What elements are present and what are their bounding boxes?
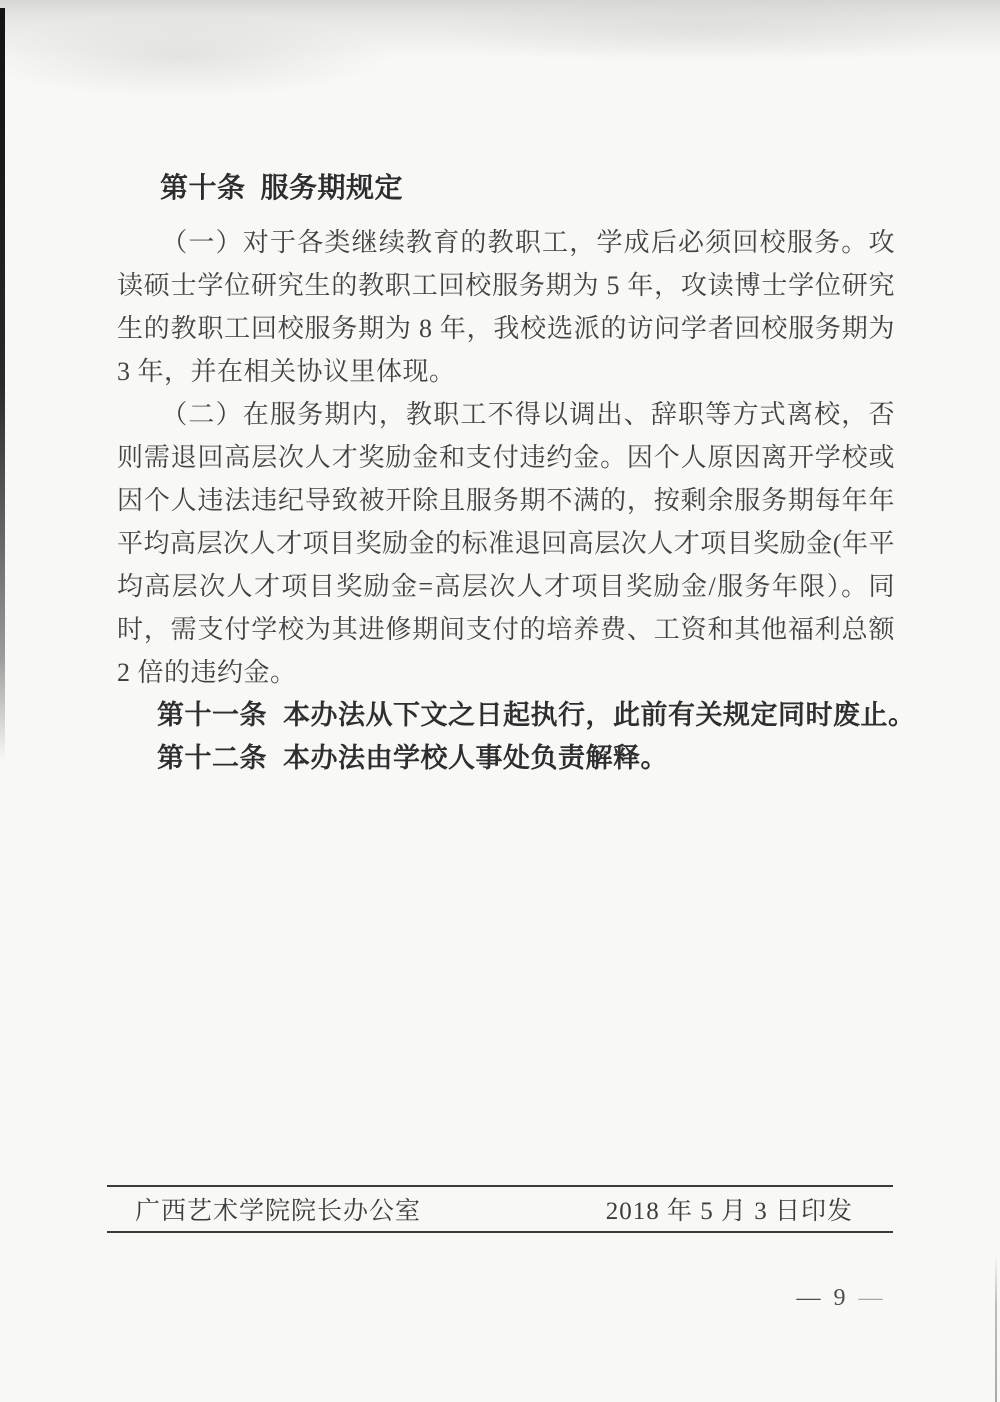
page-number-dash-left: — bbox=[797, 1285, 822, 1312]
colophon-box: 广西艺术学院院长办公室 2018 年 5 月 3 日印发 bbox=[107, 1185, 893, 1233]
document-body: 第十条 服务期规定 （一）对于各类继续教育的教职工，学成后必须回校服务。攻读硕士… bbox=[117, 166, 895, 780]
scan-artifact-left-edge bbox=[0, 8, 5, 760]
article-12-number: 第十二条 bbox=[157, 737, 267, 780]
article-10-number: 第十条 bbox=[160, 166, 246, 209]
article-10-clause-2: （二）在服务期内，教职工不得以调出、辞职等方式离校，否则需退回高层次人才奖励金和… bbox=[117, 393, 895, 694]
page-number-dash-right: — bbox=[859, 1285, 884, 1312]
issuing-office: 广西艺术学院院长办公室 bbox=[135, 1191, 421, 1227]
scan-artifact-right-edge bbox=[995, 1255, 997, 1402]
article-12-text: 本办法由学校人事处负责解释。 bbox=[283, 737, 668, 780]
article-11-line: 第十一条 本办法从下文之日起执行，此前有关规定同时废止。 bbox=[157, 694, 895, 737]
article-10-clause-1: （一）对于各类继续教育的教职工，学成后必须回校服务。攻读硕士学位研究生的教职工回… bbox=[117, 221, 895, 393]
page-number-value: 9 bbox=[834, 1285, 847, 1312]
article-11-text: 本办法从下文之日起执行，此前有关规定同时废止。 bbox=[283, 694, 916, 737]
article-12-line: 第十二条 本办法由学校人事处负责解释。 bbox=[157, 737, 895, 780]
article-10-heading: 第十条 服务期规定 bbox=[160, 166, 895, 209]
page-number: — 9 — bbox=[790, 1285, 890, 1312]
article-10-title: 服务期规定 bbox=[261, 166, 404, 209]
print-date: 2018 年 5 月 3 日印发 bbox=[606, 1191, 853, 1227]
scanned-document-page: 第十条 服务期规定 （一）对于各类继续教育的教职工，学成后必须回校服务。攻读硕士… bbox=[0, 0, 1000, 1402]
article-11-number: 第十一条 bbox=[157, 694, 267, 737]
